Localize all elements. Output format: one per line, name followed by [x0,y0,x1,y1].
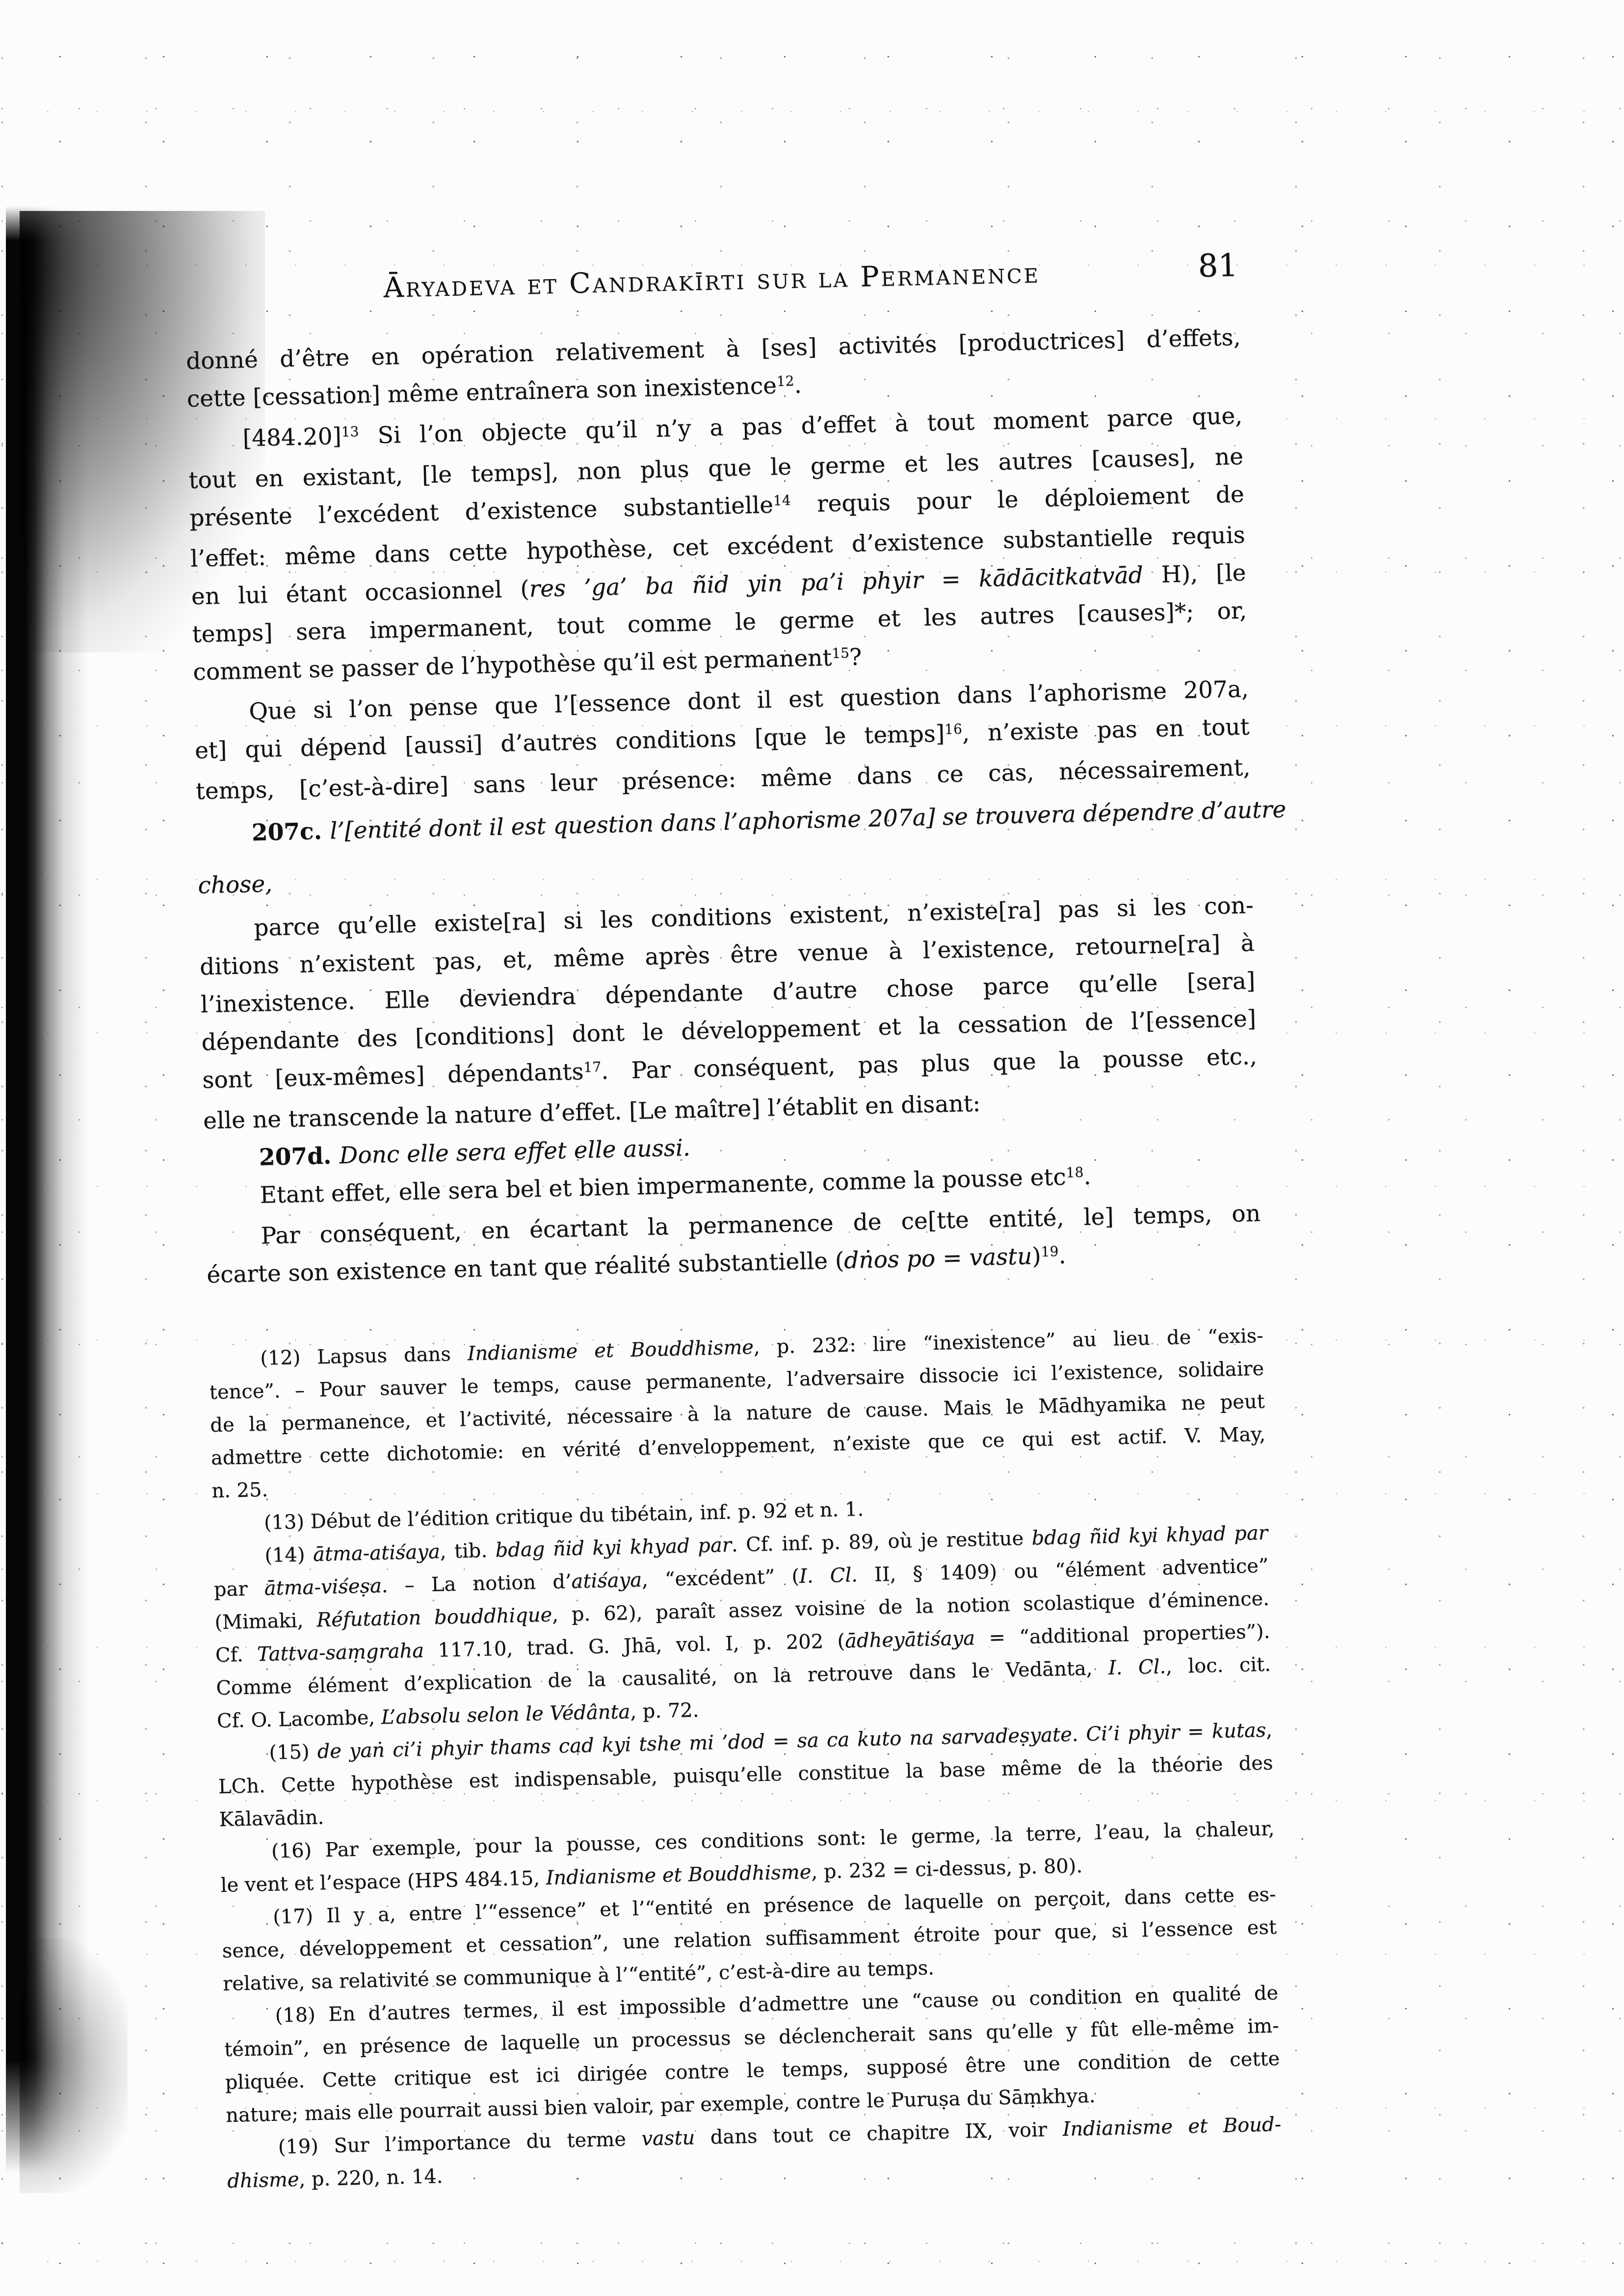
text-run: Kālavādin. [219,1806,324,1831]
text-run: , p. 72. [630,1699,699,1723]
text-run: [484.20] [242,423,341,452]
text-run: vastu [641,2126,695,2150]
text-run: (15) [269,1741,317,1764]
text-run: 207d. [259,1142,340,1171]
scanned-page: Āryadeva et Candrakīrti sur la Permanenc… [0,0,1624,2296]
text-run: res ’ga’ ba ñid yin pa’i phyir [529,567,923,602]
body-text: donné d’être en opération relativement à… [185,318,1262,1297]
footnote-reference: 19 [1041,1243,1059,1260]
footnotes: (12) Lapsus dans Indianisme et Bouddhism… [209,1320,1283,2198]
text-run: Donc elle sera effet elle aussi. [339,1134,690,1169]
text-run: I. Cl. [799,1564,858,1588]
text-run: Indianisme et Bouddhisme [467,1336,754,1365]
text-run: L’absolu selon le Védânta [381,1700,630,1729]
text-run: , p. 232: lire “inexistence” au lieu de … [753,1325,1263,1359]
footnote-reference: 16 [944,721,963,737]
text-run: = [923,565,979,594]
page-title: Āryadeva et Candrakīrti sur la Permanenc… [184,249,1239,312]
text-run: , “excédent” ( [642,1565,800,1591]
text-run: . [1083,1163,1091,1190]
text-run: , p. 232 = ci-dessus, p. 80). [811,1854,1083,1883]
text-run: Ci’i phyir [1086,1721,1180,1746]
text-run: kutas [1211,1719,1266,1743]
text-run: ) [1032,1243,1042,1270]
text-run: I. Cl. [1108,1655,1166,1679]
text-run: , p. 220, n. 14. [299,2165,443,2191]
text-run: Réfutation bouddhique [316,1604,552,1632]
text-run: bdag ñid kyi khyad par [495,1534,732,1562]
text-run: . – La notion d’ [381,1570,572,1597]
text-run: dṅos po [844,1245,936,1274]
footnote-reference: 17 [583,1059,602,1075]
text-run: Indianisme et Bouddhisme [546,1861,812,1889]
printed-area: Āryadeva et Candrakīrti sur la Permanenc… [184,249,1282,2198]
text-run: ? [849,644,862,671]
text-run: = “additional properties”). [975,1620,1270,1650]
text-run: en lui étant occasionnel ( [191,575,529,610]
text-run: (Mimaki, [214,1609,317,1634]
text-run: sa ca kuto na sarvadeṣyate [797,1723,1072,1752]
text-run: Cf. [215,1643,257,1667]
text-run: , n’existe pas en tout [962,713,1250,747]
text-run: . [1058,1242,1066,1269]
text-run: Cf. O. Lacombe, [216,1706,381,1733]
page-number: 81 [1198,246,1238,286]
text-run: Indianisme et Boud- [1062,2113,1282,2140]
text-run: cette [cessation] même entraînera son in… [186,372,777,413]
text-run: de yaṅ ci’i phyir thams cad kyi tshe mi … [317,1730,765,1763]
text-run: dans tout ce chapitre IX, voir [695,2118,1063,2149]
footnote-reference: 12 [776,372,794,389]
text-run: sont [eux-mêmes] dépendants [202,1058,584,1094]
text-run: , tib. [440,1539,496,1563]
text-run: , loc. cit. [1166,1653,1271,1678]
text-run: bdag ñid kyi khyad par [1031,1522,1268,1550]
text-run: 207c. [251,818,330,847]
text-run: , [1266,1719,1273,1741]
text-run: chose, [198,870,273,899]
text-run: le vent et l’espace (HPS 484.15, [220,1867,546,1897]
footnote-reference: 14 [773,492,791,509]
text-run: n. 25. [211,1479,268,1503]
text-run: dhisme [227,2168,299,2192]
footnote-reference: 15 [832,645,850,661]
text-run: (14) [264,1543,314,1567]
text-run: kādācitkatvād [978,562,1143,593]
text-run: 117.10, trad. G. Jhā, vol. I, p. 202 ( [424,1630,845,1662]
text-run: ātma-atiśaya [313,1540,440,1566]
text-run: . [1072,1723,1086,1746]
text-run: (19) Sur l’importance du terme [278,2128,642,2159]
footnote-reference: 13 [341,423,359,440]
text-run: par [213,1577,264,1601]
text-run: Tattva-saṃgraha [257,1640,424,1666]
text-run: vastu [969,1243,1032,1271]
running-header: Āryadeva et Candrakīrti sur la Permanenc… [184,249,1239,312]
text-run: ātma-viśeṣa [264,1575,382,1600]
text-run: atiśaya [571,1569,642,1593]
text-run: = [1179,1720,1212,1743]
text-run: ādheyātiśaya [845,1627,975,1652]
text-run: II, § 1409) ou “élément adventice” [857,1555,1269,1587]
scan-edge-smudge-bottom [20,1938,128,2193]
text-run: = [935,1244,969,1272]
text-run: . [794,372,802,399]
text-run: . Cf. inf. p. 89, où je restitue [731,1527,1032,1556]
text-run: (12) Lapsus dans [260,1342,468,1370]
text-run: présente l’excédent d’existence substant… [189,492,774,532]
footnote-reference: 18 [1066,1164,1084,1180]
text-run: = [764,1729,797,1752]
text-run: requis pour le déploiement de [790,481,1244,518]
text-run: H), [le [1143,559,1246,589]
